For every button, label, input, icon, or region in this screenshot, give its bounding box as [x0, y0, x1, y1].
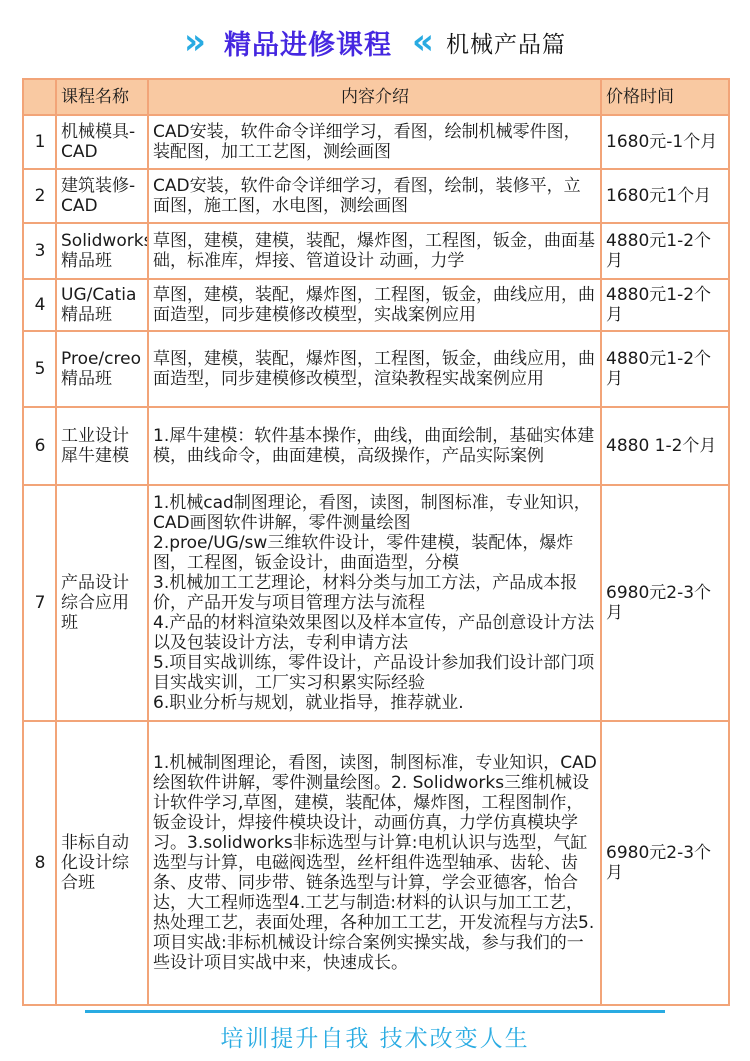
table-header-row: 课程名称 内容介绍 价格时间 [23, 79, 729, 115]
column-header-price: 价格时间 [601, 79, 729, 115]
course-price: 1680元1个月 [601, 169, 729, 223]
course-content: 1.犀牛建模：软件基本操作，曲线，曲面绘制，基础实体建模，曲线命令，曲面建模，高… [148, 407, 601, 485]
course-price: 6980元2-3个月 [601, 721, 729, 1005]
table-row: 4 UG/Catia精品班 草图，建模，装配，爆炸图，工程图，钣金，曲线应用，曲… [23, 279, 729, 331]
poster-title: 精品进修课程 [224, 23, 392, 62]
table-row: 1 机械模具-CAD CAD安装，软件命令详细学习，看图，绘制机械零件图，装配图… [23, 115, 729, 169]
column-header-course-name: 课程名称 [56, 79, 148, 115]
course-name: Proe/creo精品班 [56, 331, 148, 407]
table-row: 8 非标自动化设计综合班 1.机械制图理论，看图，读图，制图标准，专业知识，CA… [23, 721, 729, 1005]
table-row: 5 Proe/creo精品班 草图，建模，装配，爆炸图，工程图，钣金，曲线应用，… [23, 331, 729, 407]
poster-footer: 培训提升自我 技术改变人生 [0, 1010, 750, 1061]
row-number: 2 [23, 169, 56, 223]
course-content: 1.机械制图理论，看图，读图，制图标准，专业知识，CAD绘图软件讲解，零件测量绘… [148, 721, 601, 1005]
course-poster: » 精品进修课程 « 机械产品篇 课程名称 内容介绍 价格时间 1 机械模具-C… [0, 0, 750, 1061]
row-number: 7 [23, 485, 56, 721]
poster-header: » 精品进修课程 « 机械产品篇 [0, 0, 750, 78]
row-number: 4 [23, 279, 56, 331]
course-content: 草图，建模，装配，爆炸图，工程图，钣金，曲线应用，曲面造型，同步建模修改模型，渲… [148, 331, 601, 407]
course-name: 工业设计犀牛建模 [56, 407, 148, 485]
course-table: 课程名称 内容介绍 价格时间 1 机械模具-CAD CAD安装，软件命令详细学习… [22, 78, 730, 1006]
course-name: Solidworks精品班 [56, 223, 148, 279]
row-number: 5 [23, 331, 56, 407]
column-header-index [23, 79, 56, 115]
row-number: 3 [23, 223, 56, 279]
double-chevron-right-icon: » [184, 24, 204, 60]
course-price: 6980元2-3个月 [601, 485, 729, 721]
course-content: CAD安装，软件命令详细学习，看图，绘制，装修平，立面图，施工图，水电图，测绘画… [148, 169, 601, 223]
course-price: 4880 1-2个月 [601, 407, 729, 485]
course-name: 机械模具-CAD [56, 115, 148, 169]
row-number: 6 [23, 407, 56, 485]
course-price: 1680元-1个月 [601, 115, 729, 169]
course-name: 非标自动化设计综合班 [56, 721, 148, 1005]
course-price: 4880元1-2个月 [601, 279, 729, 331]
course-content: 草图，建模，装配，爆炸图，工程图，钣金，曲线应用，曲面造型，同步建模修改模型，实… [148, 279, 601, 331]
course-price: 4880元1-2个月 [601, 223, 729, 279]
course-name: UG/Catia精品班 [56, 279, 148, 331]
course-name: 产品设计综合应用班 [56, 485, 148, 721]
table-row: 2 建筑装修-CAD CAD安装，软件命令详细学习，看图，绘制，装修平，立面图，… [23, 169, 729, 223]
course-price: 4880元1-2个月 [601, 331, 729, 407]
double-chevron-left-icon: « [412, 24, 432, 60]
row-number: 8 [23, 721, 56, 1005]
table-row: 3 Solidworks精品班 草图，建模，建模，装配，爆炸图，工程图，钣金，曲… [23, 223, 729, 279]
footer-slogan: 培训提升自我 技术改变人生 [0, 1020, 750, 1061]
column-header-content: 内容介绍 [148, 79, 601, 115]
course-content: 草图，建模，建模，装配，爆炸图，工程图，钣金，曲面基础，标准库，焊接、管道设计 … [148, 223, 601, 279]
course-name: 建筑装修-CAD [56, 169, 148, 223]
table-row: 7 产品设计综合应用班 1.机械cad制图理论，看图，读图，制图标准，专业知识，… [23, 485, 729, 721]
course-content: 1.机械cad制图理论，看图，读图，制图标准，专业知识，CAD画图软件讲解，零件… [148, 485, 601, 721]
course-content: CAD安装，软件命令详细学习，看图，绘制机械零件图，装配图，加工工艺图，测绘画图 [148, 115, 601, 169]
table-row: 6 工业设计犀牛建模 1.犀牛建模：软件基本操作，曲线，曲面绘制，基础实体建模，… [23, 407, 729, 485]
row-number: 1 [23, 115, 56, 169]
poster-subtitle: 机械产品篇 [446, 26, 566, 59]
footer-divider [85, 1010, 665, 1013]
